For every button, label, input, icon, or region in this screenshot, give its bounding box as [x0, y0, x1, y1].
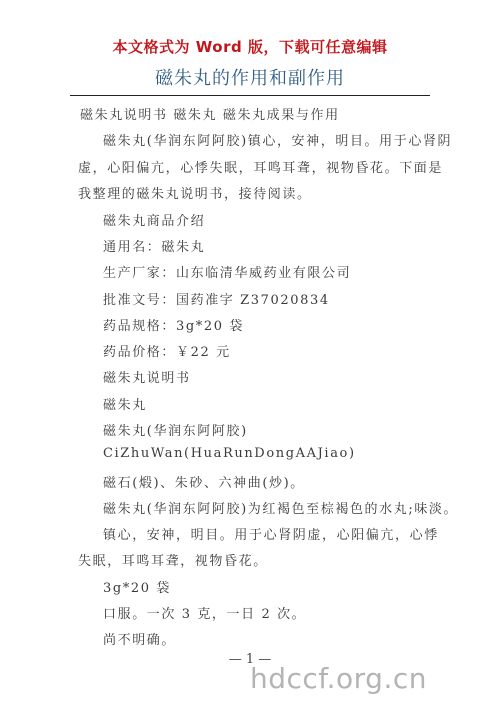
text-line: 磁朱丸 [103, 394, 147, 413]
text-line: 磁朱丸商品介绍 [103, 210, 205, 229]
text-line: 药品规格：3g*20 袋 [103, 315, 244, 334]
text-line: 磁石(煅)、朱砂、六神曲(炒)。 [103, 472, 305, 491]
text-line: 尚不明确。 [103, 629, 176, 648]
text-line: 3g*20 袋 [103, 577, 171, 596]
title-divider [70, 95, 430, 96]
document-title: 磁朱丸的作用和副作用 [0, 64, 500, 90]
text-line: 虚，心阳偏亢，心悸失眠，耳鸣耳聋，视物昏花。下面是 [78, 157, 443, 176]
format-notice-banner: 本文格式为 Word 版，下载可任意编辑 [0, 36, 500, 57]
text-line: 失眠，耳鸣耳聋，视物昏花。 [78, 550, 268, 569]
text-line: 磁朱丸(华润东阿阿胶)为红褐色至棕褐色的水丸;味淡。 [103, 498, 458, 517]
text-line: 药品价格：￥22 元 [103, 341, 231, 360]
watermark: hdccf.org.cn [250, 662, 427, 695]
text-line: 生产厂家：山东临清华威药业有限公司 [103, 262, 351, 281]
text-line: CiZhuWan(HuaRunDongAAJiao) [103, 446, 356, 461]
text-line: 磁朱丸(华润东阿阿胶) [103, 420, 248, 439]
text-line: 通用名：磁朱丸 [103, 236, 205, 255]
text-line: 镇心，安神，明目。用于心肾阴虚，心阳偏亢，心悸 [103, 524, 439, 543]
text-line: 口服。一次 3 克，一日 2 次。 [103, 603, 306, 622]
text-line: 磁朱丸说明书 磁朱丸 磁朱丸成果与作用 [80, 104, 340, 123]
text-line: 磁朱丸(华润东阿阿胶)镇心，安神，明目。用于心肾阴 [103, 130, 452, 149]
text-line: 批准文号：国药准字 Z37020834 [103, 289, 330, 308]
text-line: 磁朱丸说明书 [103, 367, 191, 386]
text-line: 我整理的磁朱丸说明书，接待阅读。 [78, 183, 312, 202]
